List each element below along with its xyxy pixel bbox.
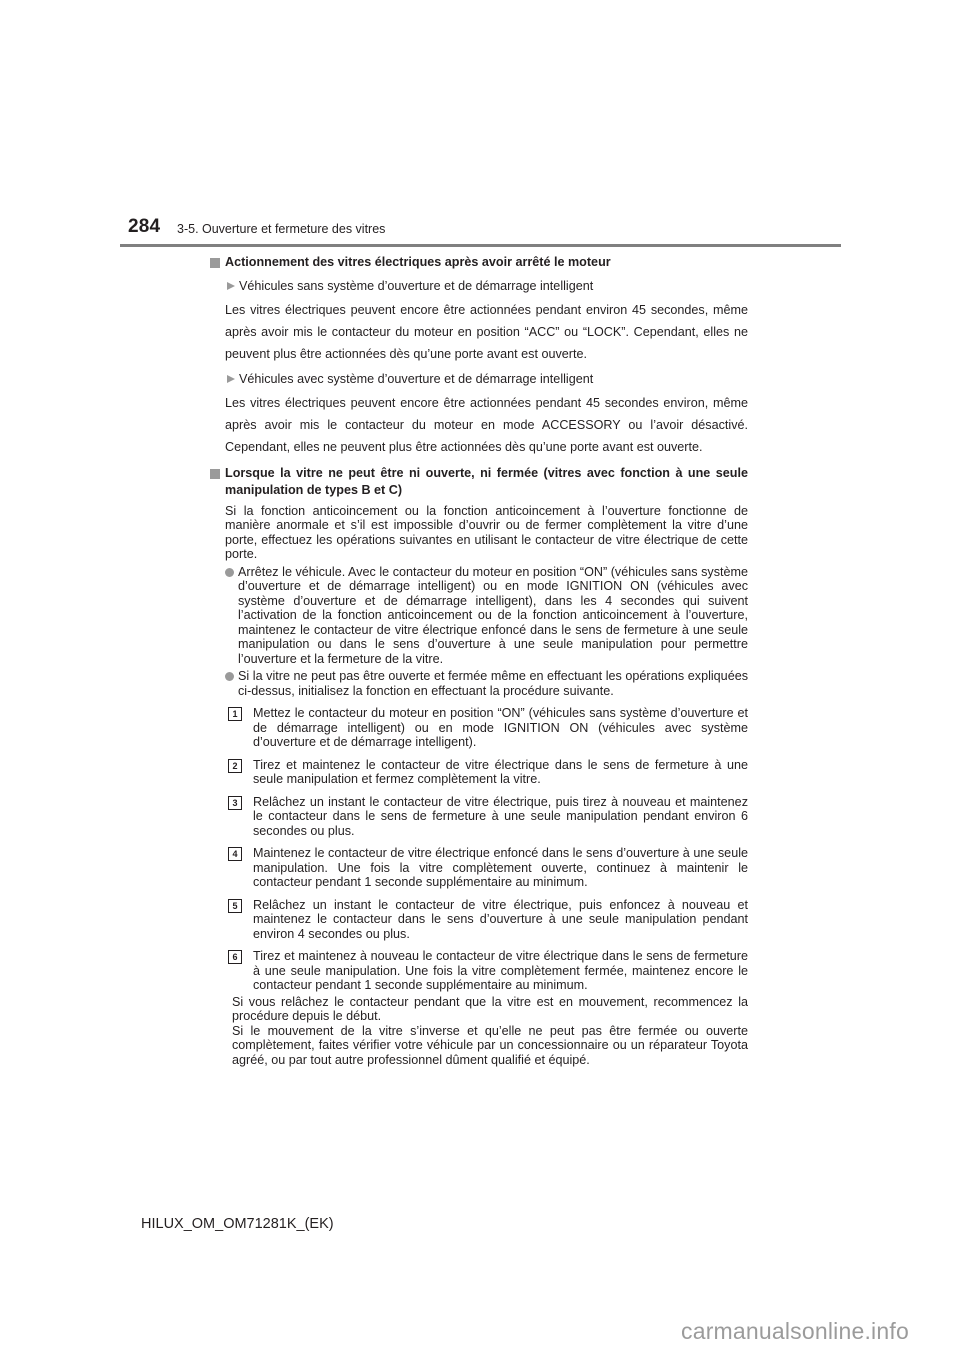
step-number-badge: 3 [228,796,242,810]
procedure-step: 6 Tirez et maintenez à nouveau le contac… [228,949,748,993]
subsection-label: Véhicules sans système d’ouverture et de… [225,277,748,295]
section-title: 3-5. Ouverture et fermeture des vitres [177,222,385,236]
watermark: carmanualsonline.info [681,1318,909,1345]
paragraph: Les vitres électriques peuvent encore êt… [225,392,748,458]
intro-paragraph: Si la fonction anticoincement ou la fonc… [225,504,748,562]
procedure-step: 1 Mettez le contacteur du moteur en posi… [228,706,748,750]
triangle-arrow-icon [227,282,235,290]
step-number-badge: 2 [228,759,242,773]
square-bullet-icon [210,469,220,479]
section-heading: Lorsque la vitre ne peut être ni ouverte… [210,465,748,500]
step-number-badge: 5 [228,899,242,913]
page-number: 284 [128,216,160,238]
page-content: Actionnement des vitres électriques aprè… [210,254,748,1067]
circle-bullet-icon [225,672,234,681]
step-number-badge: 4 [228,847,242,861]
step-number-badge: 1 [228,707,242,721]
step-number-badge: 6 [228,950,242,964]
bullet-item: Si la vitre ne peut pas être ouverte et … [225,669,748,698]
subsection-label: Véhicules avec système d’ouverture et de… [225,370,748,388]
procedure-step: 2 Tirez et maintenez le contacteur de vi… [228,758,748,787]
document-id: HILUX_OM_OM71281K_(EK) [141,1216,334,1232]
paragraph: Les vitres électriques peuvent encore êt… [225,299,748,365]
circle-bullet-icon [225,568,234,577]
procedure-step: 3 Relâchez un instant le contacteur de v… [228,795,748,839]
section-heading: Actionnement des vitres électriques aprè… [210,254,748,272]
triangle-arrow-icon [227,375,235,383]
bullet-item: Arrêtez le véhicule. Avec le contacteur … [225,565,748,667]
note-paragraph: Si le mouvement de la vitre s’inverse et… [232,1024,748,1068]
note-paragraph: Si vous relâchez le contacteur pendant q… [232,995,748,1024]
square-bullet-icon [210,258,220,268]
header-divider [120,244,841,247]
procedure-step: 4 Maintenez le contacteur de vitre élect… [228,846,748,890]
procedure-step: 5 Relâchez un instant le contacteur de v… [228,898,748,942]
